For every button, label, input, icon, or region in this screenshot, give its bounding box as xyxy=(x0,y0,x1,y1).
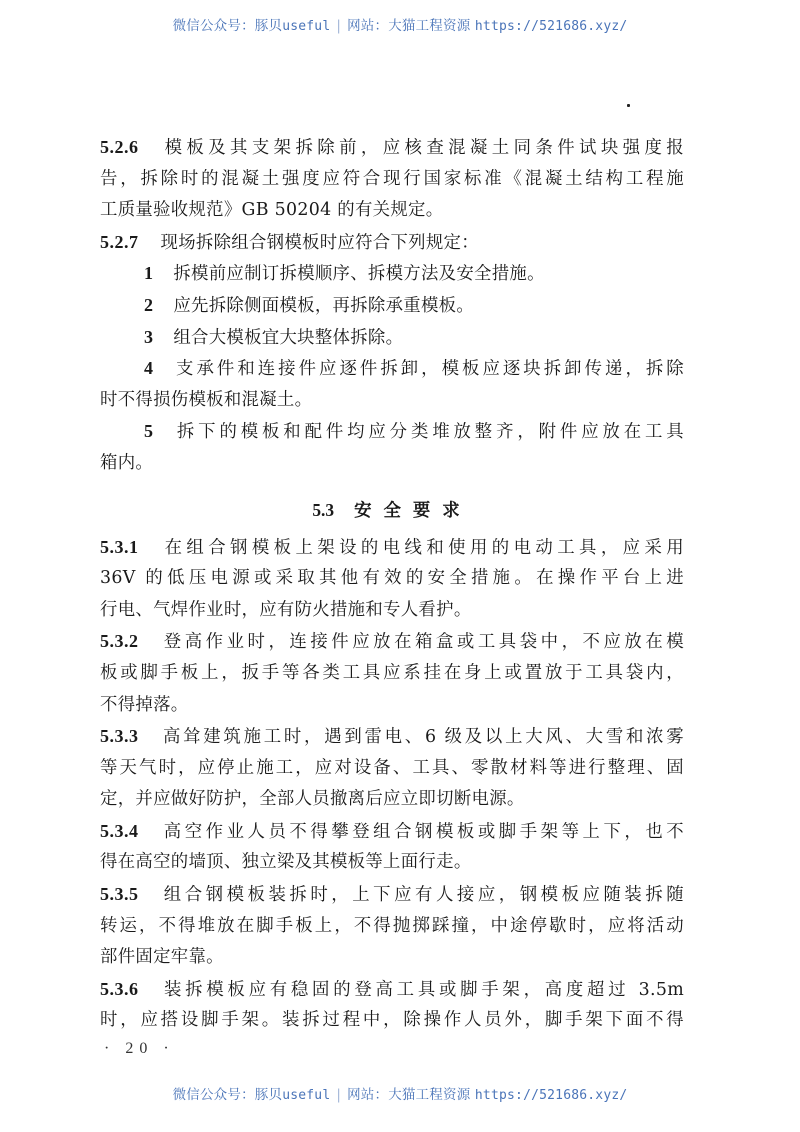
watermark-site-label: 网站：大猫工程资源 xyxy=(347,18,475,34)
clause-5-3-2: 5.3.2登高作业时，连接件应放在箱盒或工具袋中，不应放在模 板或脚手板上，扳手… xyxy=(100,626,684,721)
clause-text: 告，拆除时的混凝土强度应符合现行国家标准《混凝土结构工程施 xyxy=(100,169,684,189)
watermark-site-label: 网站：大猫工程资源 xyxy=(347,1087,475,1103)
list-item: 2应先拆除侧面模板，再拆除承重模板。 xyxy=(100,290,684,322)
watermark-separator: | xyxy=(336,1087,341,1103)
page-number: · 20 · xyxy=(104,1040,175,1058)
list-item: 4支承件和连接件应逐件拆卸，模板应逐块拆卸传递，拆除 xyxy=(100,353,684,385)
clause-5-3-1: 5.3.1在组合钢模板上架设的电线和使用的电动工具，应采用 36V 的低压电源或… xyxy=(100,532,684,627)
item-number: 2 xyxy=(144,290,153,322)
clause-text: 装拆模板应有稳固的登高工具或脚手架，高度超过 3.5m xyxy=(161,980,685,1000)
clause-text: 时，应搭设脚手架。装拆过程中，除操作人员外，脚手架下面不得 xyxy=(100,1010,684,1030)
item-number: 1 xyxy=(144,258,153,290)
scan-dot-mark xyxy=(627,104,630,107)
clause-number: 5.3.1 xyxy=(100,537,139,557)
clause-number: 5.3.3 xyxy=(100,726,139,746)
clause-number: 5.3.5 xyxy=(100,884,139,904)
item-text: 拆模前应制订拆模顺序、拆模方法及安全措施。 xyxy=(173,264,545,284)
clause-text: 转运，不得堆放在脚手板上，不得抛掷踩撞，中途停歇时，应将活动 xyxy=(100,916,684,936)
clause-5-3-6: 5.3.6装拆模板应有稳固的登高工具或脚手架，高度超过 3.5m 时，应搭设脚手… xyxy=(100,974,684,1037)
clause-number: 5.3.4 xyxy=(100,821,139,841)
clause-5-3-5: 5.3.5组合钢模板装拆时，上下应有人接应，钢模板应随装拆随 转运，不得堆放在脚… xyxy=(100,879,684,974)
clause-text: 工质量验收规范》GB 50204 的有关规定。 xyxy=(100,200,443,220)
clause-text: 不得掉落。 xyxy=(100,695,188,715)
clause-text: 登高作业时，连接件应放在箱盒或工具袋中，不应放在模 xyxy=(161,632,685,652)
item-number: 4 xyxy=(144,353,153,385)
clause-5-3-4: 5.3.4高空作业人员不得攀登组合钢模板或脚手架等上下，也不 得在高空的墙顶、独… xyxy=(100,816,684,879)
watermark-wechat-label: 微信公众号：豚贝 xyxy=(173,18,283,34)
clause-number: 5.2.6 xyxy=(100,137,139,157)
clause-text: 36V 的低压电源或采取其他有效的安全措施。在操作平台上进 xyxy=(100,568,684,588)
item-number: 5 xyxy=(144,416,153,448)
item-number: 3 xyxy=(144,322,153,354)
clause-text: 高耸建筑施工时，遇到雷电、6 级及以上大风、大雪和浓雾 xyxy=(161,727,685,747)
clause-number: 5.3.2 xyxy=(100,631,139,651)
watermark-header: 微信公众号：豚贝useful|网站：大猫工程资源 https://521686.… xyxy=(0,14,800,34)
clause-text: 现场拆除组合钢模板时应符合下列规定： xyxy=(161,233,479,253)
clause-text: 行电、气焊作业时，应有防火措施和专人看护。 xyxy=(100,600,472,620)
clause-number: 5.2.7 xyxy=(100,232,139,252)
watermark-footer: 微信公众号：豚贝useful|网站：大猫工程资源 https://521686.… xyxy=(0,1083,800,1103)
item-text: 时不得损伤模板和混凝土。 xyxy=(100,390,312,410)
clause-text: 定，并应做好防护，全部人员撤离后应立即切断电源。 xyxy=(100,789,525,809)
clause-number: 5.3.6 xyxy=(100,979,139,999)
clause-text: 得在高空的墙顶、独立梁及其模板等上面行走。 xyxy=(100,852,472,872)
clause-text: 等天气时，应停止施工，应对设备、工具、零散材料等进行整理、固 xyxy=(100,758,684,778)
clause-text: 部件固定牢靠。 xyxy=(100,947,224,967)
section-heading: 5.3安全要求 xyxy=(100,488,684,532)
clause-5-3-3: 5.3.3高耸建筑施工时，遇到雷电、6 级及以上大风、大雪和浓雾 等天气时，应停… xyxy=(100,721,684,816)
item-text: 应先拆除侧面模板，再拆除承重模板。 xyxy=(173,296,474,316)
watermark-wechat-id: useful xyxy=(282,19,330,34)
item-text: 支承件和连接件应逐件拆卸，模板应逐块拆卸传递，拆除 xyxy=(173,359,684,379)
item-text: 箱内。 xyxy=(100,453,153,473)
watermark-separator: | xyxy=(336,18,341,34)
list-item: 3组合大模板宜大块整体拆除。 xyxy=(100,322,684,354)
watermark-wechat-label: 微信公众号：豚贝 xyxy=(173,1087,283,1103)
section-number: 5.3 xyxy=(312,500,334,520)
section-title: 安全要求 xyxy=(354,501,472,521)
watermark-wechat-id: useful xyxy=(282,1088,330,1103)
clause-5-2-7: 5.2.7现场拆除组合钢模板时应符合下列规定： 1拆模前应制订拆模顺序、拆模方法… xyxy=(100,227,684,480)
list-item: 1拆模前应制订拆模顺序、拆模方法及安全措施。 xyxy=(100,258,684,290)
watermark-site-url[interactable]: https://521686.xyz/ xyxy=(475,19,628,34)
clause-5-2-6: 5.2.6模板及其支架拆除前，应核查混凝土同条件试块强度报 告，拆除时的混凝土强… xyxy=(100,132,684,227)
watermark-site-url[interactable]: https://521686.xyz/ xyxy=(475,1088,628,1103)
clause-text: 模板及其支架拆除前，应核查混凝土同条件试块强度报 xyxy=(161,138,685,158)
clause-text: 高空作业人员不得攀登组合钢模板或脚手架等上下，也不 xyxy=(161,822,685,842)
clause-text: 板或脚手板上，扳手等各类工具应系挂在身上或置放于工具袋内， xyxy=(100,663,684,683)
item-text: 组合大模板宜大块整体拆除。 xyxy=(173,328,403,348)
item-text: 拆下的模板和配件均应分类堆放整齐，附件应放在工具 xyxy=(173,422,684,442)
clause-text: 在组合钢模板上架设的电线和使用的电动工具，应采用 xyxy=(161,538,685,558)
list-item: 5拆下的模板和配件均应分类堆放整齐，附件应放在工具 xyxy=(100,416,684,448)
clause-text: 组合钢模板装拆时，上下应有人接应，钢模板应随装拆随 xyxy=(161,885,685,905)
document-body: 5.2.6模板及其支架拆除前，应核查混凝土同条件试块强度报 告，拆除时的混凝土强… xyxy=(100,132,684,1037)
